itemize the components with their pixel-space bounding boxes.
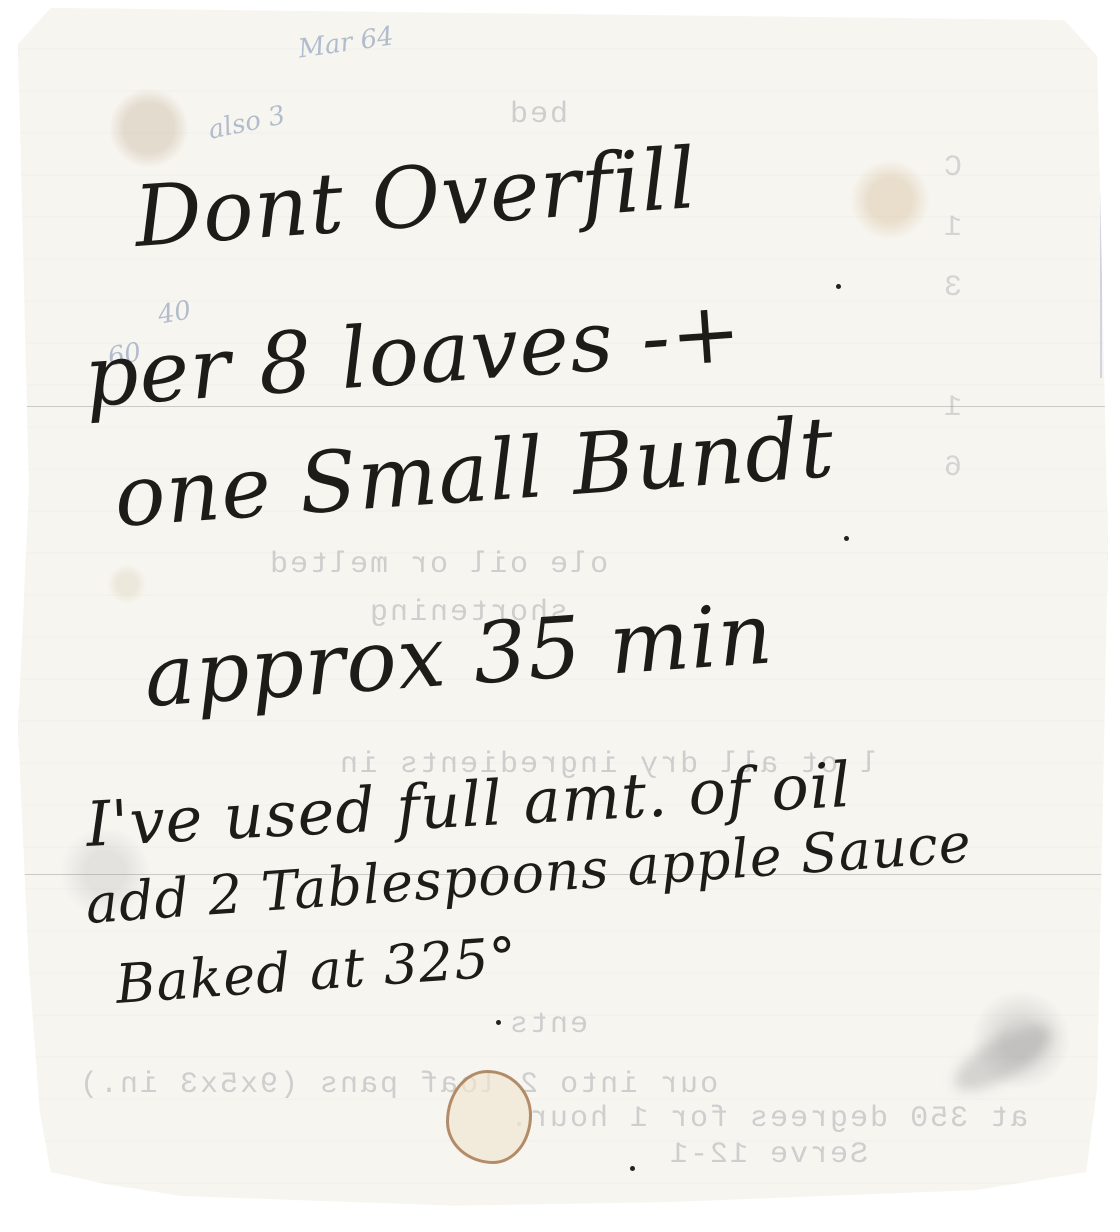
bleed-char: C (938, 138, 968, 198)
bleed-char: 3 (938, 258, 968, 318)
bleed-char: 1 (938, 378, 968, 438)
bleed-char: 6 (938, 438, 968, 498)
ink-speck (844, 536, 849, 541)
coffee-stain (446, 1070, 532, 1164)
ink-speck (630, 1166, 635, 1171)
bleed-column: C 1 3 1 6 (938, 138, 968, 498)
scanned-page: bed ole oil or melted shortening l ot al… (0, 0, 1120, 1232)
bleed-text: our into 2 loaf pans (9x5x3 in.) (78, 1068, 718, 1102)
bleed-text: ents (508, 1008, 588, 1042)
bleed-text: ole oil or melted (268, 548, 608, 582)
bleed-char: 1 (938, 198, 968, 258)
ink-speck (836, 284, 841, 289)
card-edge (1100, 138, 1102, 378)
recipe-card: bed ole oil or melted shortening l ot al… (18, 8, 1108, 1208)
ink-speck (496, 1020, 501, 1025)
bleed-text: Serve 12-1 (668, 1138, 868, 1172)
bleed-text: bed (508, 98, 568, 132)
bleed-text: at 350 degrees for 1 hour. (508, 1102, 1028, 1136)
